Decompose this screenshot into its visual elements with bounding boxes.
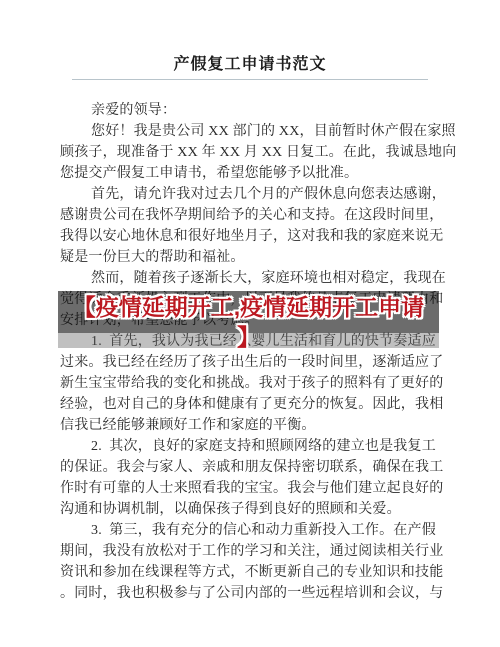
- text-line: 我得以安心地休息和很好地坐月子，这对我和我的家庭来说无: [60, 226, 441, 247]
- text-line: 期间，我没有放松对于工作的学习和关注，通过阅读相关行业: [60, 541, 441, 562]
- text-line: 信我已经能够兼顾好工作和家庭的平衡。: [60, 415, 441, 436]
- text-line: 的保证。我会与家人、亲戚和朋友保持密切联系，确保在我工: [60, 457, 441, 478]
- text-line: 您提交产假复工申请书，希望您能够予以批准。: [60, 163, 441, 184]
- text-line: 感谢贵公司在我怀孕期间给予的关心和支持。在这段时间里，: [60, 205, 441, 226]
- text-line: 经验，也对自己的身体和健康有了更充分的恢复。因此，我相: [60, 394, 441, 415]
- text-line: 。同时，我也积极参与了公司内部的一些远程培训和会议，与: [60, 583, 441, 604]
- text-line: 资讯和参加在线课程等方式，不断更新自己的专业知识和技能: [60, 562, 441, 583]
- text-line: 3. 第三，我有充分的信心和动力重新投入工作。在产假: [60, 520, 441, 541]
- text-line: 疑是一份巨大的帮助和福祉。: [60, 247, 441, 268]
- text-line: 新生宝宝带给我的变化和挑战。我对于孩子的照料有了更好的: [60, 373, 441, 394]
- text-line: 首先，请允许我对过去几个月的产假休息向您表达感谢，: [60, 184, 441, 205]
- text-line: 然而，随着孩子逐渐长大，家庭环境也相对稳定，我现在: [60, 268, 441, 289]
- banner-text-line2: 】: [58, 322, 439, 352]
- text-line: 亲爱的领导：: [60, 100, 441, 121]
- title-divider: [72, 79, 428, 80]
- document-body: 亲爱的领导：您好！我是贵公司 XX 部门的 XX，目前暂时休产假在家照顾孩子，现…: [60, 100, 441, 604]
- text-line: 过来。我已经在经历了孩子出生后的一段时间里，逐渐适应了: [60, 352, 441, 373]
- text-line: 2. 其次，良好的家庭支持和照顾网络的建立也是我复工: [60, 436, 441, 457]
- banner-text-line1: 【疫情延期开工,疫情延期开工申请: [58, 291, 439, 322]
- promo-banner-overlay[interactable]: 【疫情延期开工,疫情延期开工申请 】: [58, 291, 439, 348]
- text-line: 作时有可靠的人士来照看我的宝宝。我会与他们建立起良好的: [60, 478, 441, 499]
- text-line: 您好！我是贵公司 XX 部门的 XX，目前暂时休产假在家照: [60, 121, 441, 142]
- text-line: 顾孩子，现准备于 XX 年 XX 月 XX 日复工。在此，我诚恳地向: [60, 142, 441, 163]
- document-title: 产假复工申请书范文: [0, 54, 500, 76]
- text-line: 沟通和协调机制，以确保孩子得到良好的照顾和关爱。: [60, 499, 441, 520]
- document-page: 产假复工申请书范文 亲爱的领导：您好！我是贵公司 XX 部门的 XX，目前暂时休…: [0, 0, 500, 647]
